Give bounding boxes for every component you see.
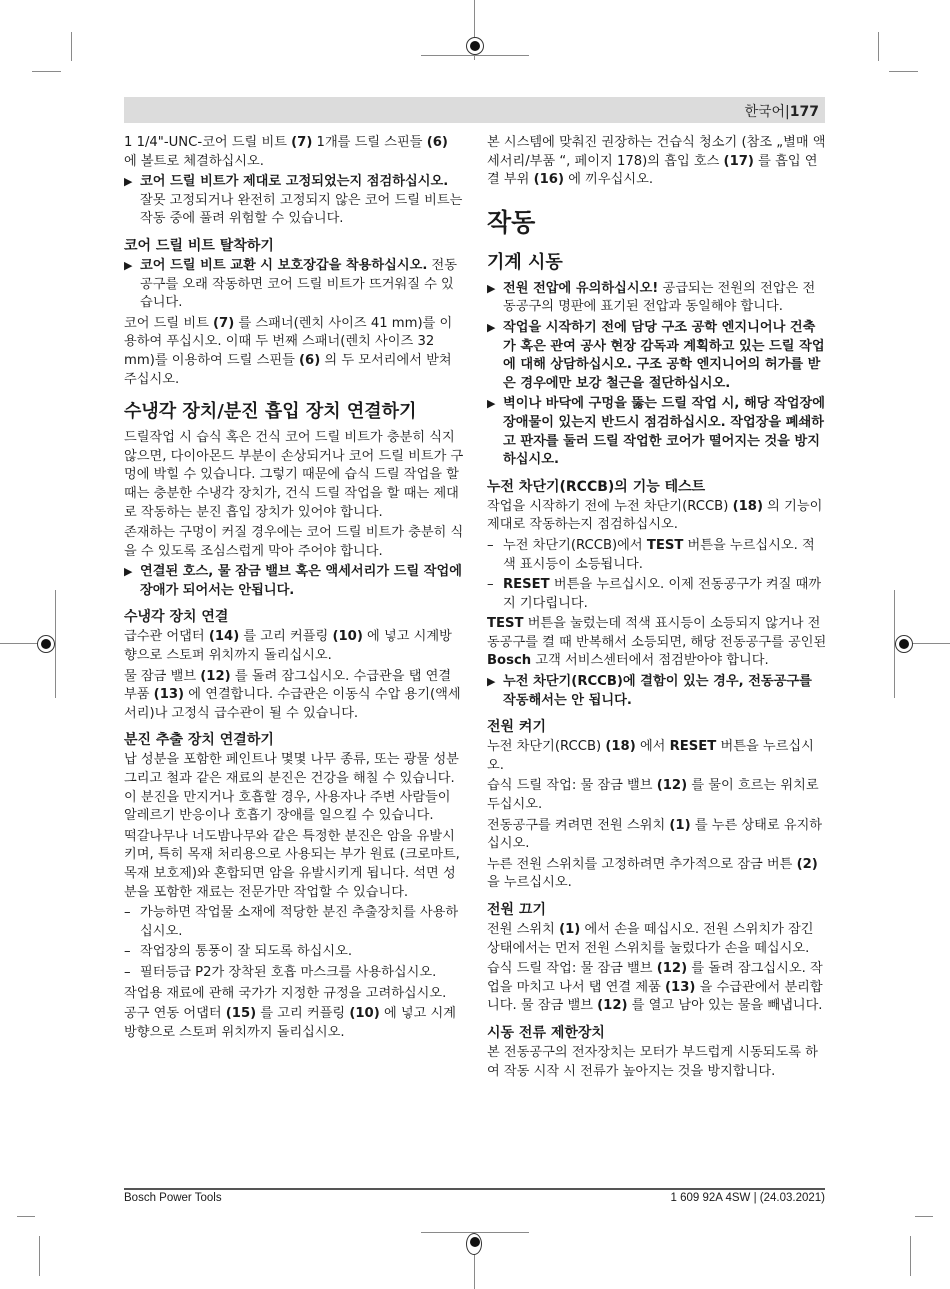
- crop-mark: [17, 1216, 35, 1217]
- list-item: –작업장의 통풍이 잘 되도록 하십시오.: [124, 943, 464, 962]
- section-heading: 수냉각 장치/분진 흡입 장치 연결하기: [124, 401, 464, 423]
- warning-item: ▶ 코어 드릴 비트가 제대로 고정되었는지 점검하십시오. 잘못 고정되거나 …: [124, 173, 464, 229]
- registration-line: [421, 55, 529, 56]
- section-heading: 누전 차단기(RCCB)의 기능 테스트: [487, 478, 827, 496]
- page-number: 177: [790, 104, 819, 120]
- crop-mark: [39, 1236, 40, 1276]
- dash-bullet-icon: –: [487, 576, 494, 595]
- paragraph: 누전 차단기(RCCB) (18) 에서 RESET 버튼을 누르십시오.: [487, 738, 827, 775]
- warning-item: ▶ 코어 드릴 비트 교환 시 보호장갑을 착용하십시오. 전동공구를 오래 작…: [124, 257, 464, 313]
- section-heading: 분진 추출 장치 연결하기: [124, 731, 464, 749]
- section-heading: 수냉각 장치 연결: [124, 608, 464, 626]
- dash-bullet-icon: –: [124, 964, 131, 983]
- registration-target-icon: [37, 635, 55, 653]
- header-language: 한국어: [744, 104, 785, 120]
- warning-bullet-icon: ▶: [487, 395, 495, 414]
- crop-mark: [915, 1216, 933, 1217]
- warning-item: ▶ 누전 차단기(RCCB)에 결함이 있는 경우, 전동공구를 작동해서는 안…: [487, 673, 827, 710]
- warning-bullet-icon: ▶: [124, 257, 132, 276]
- section-heading: 기계 시동: [487, 252, 827, 274]
- footer-publisher: Bosch Power Tools: [124, 1192, 222, 1204]
- registration-target-icon: [466, 37, 484, 55]
- paragraph: 본 시스템에 맞춰진 권장하는 건습식 청소기 (참조 „별매 액세서리/부품 …: [487, 134, 827, 190]
- paragraph: 물 잠금 밸브 (12) 를 돌려 잠그십시오. 수급관을 탭 연결 부품 (1…: [124, 668, 464, 724]
- dash-bullet-icon: –: [487, 537, 494, 556]
- paragraph: 납 성분을 포함한 페인트나 몇몇 나무 종류, 또는 광물 성분 그리고 철과…: [124, 751, 464, 825]
- left-column: 1 1/4"-UNC-코어 드릴 비트 (7) 1개를 드릴 스핀들 (6) 에…: [124, 134, 464, 1044]
- section-heading: 코어 드릴 비트 탈착하기: [124, 237, 464, 255]
- paragraph: 전원 스위치 (1) 에서 손을 떼십시오. 전원 스위치가 잠긴 상태에서는 …: [487, 921, 827, 958]
- crop-mark: [910, 1236, 911, 1276]
- section-heading: 시동 전류 제한장치: [487, 1024, 827, 1042]
- warning-bullet-icon: ▶: [124, 173, 132, 192]
- paragraph: 1 1/4"-UNC-코어 드릴 비트 (7) 1개를 드릴 스핀들 (6) 에…: [124, 134, 464, 171]
- paragraph: 습식 드릴 작업: 물 잠금 밸브 (12) 를 돌려 잠그십시오. 작업을 마…: [487, 960, 827, 1016]
- paragraph: 본 전동공구의 전자장치는 모터가 부드럽게 시동되도록 하여 작동 시작 시 …: [487, 1044, 827, 1081]
- registration-line: [55, 590, 56, 698]
- paragraph: 작업용 재료에 관해 국가가 지정한 규정을 고려하십시오.: [124, 985, 464, 1004]
- paragraph: 떡갈나무나 너도밤나무와 같은 특정한 분진은 암을 유발시키며, 특히 목재 …: [124, 828, 464, 902]
- warning-item: ▶ 벽이나 바닥에 구멍을 뚫는 드릴 작업 시, 해당 작업장에 장애물이 있…: [487, 395, 827, 469]
- crop-mark: [71, 32, 72, 61]
- paragraph: 공구 연동 어댑터 (15) 를 고리 커플링 (10) 에 넣고 시계방향으로…: [124, 1005, 464, 1042]
- list-item: –누전 차단기(RCCB)에서 TEST 버튼을 누르십시오. 적색 표시등이 …: [487, 537, 827, 574]
- list-item: –가능하면 작업물 소재에 적당한 분진 추출장치를 사용하십시오.: [124, 904, 464, 941]
- warning-item: ▶ 연결된 호스, 물 잠금 밸브 혹은 액세서리가 드릴 작업에 장애가 되어…: [124, 563, 464, 600]
- right-column: 본 시스템에 맞춰진 권장하는 건습식 청소기 (참조 „별매 액세서리/부품 …: [487, 134, 827, 1083]
- header-label: 한국어|177: [744, 101, 819, 121]
- paragraph: 전동공구를 켜려면 전원 스위치 (1) 를 누른 상태로 유지하십시오.: [487, 817, 827, 854]
- paragraph: TEST 버튼을 눌렀는데 적색 표시등이 소등되지 않거나 전동공구를 켤 때…: [487, 615, 827, 671]
- paragraph: 습식 드릴 작업: 물 잠금 밸브 (12) 를 물이 흐르는 위치로 두십시오…: [487, 777, 827, 814]
- paragraph: 누른 전원 스위치를 고정하려면 추가적으로 잠금 버튼 (2) 을 누르십시오…: [487, 856, 827, 893]
- warning-bullet-icon: ▶: [487, 673, 495, 692]
- list-item: –필터등급 P2가 장착된 호흡 마스크를 사용하십시오.: [124, 964, 464, 983]
- crop-mark: [878, 32, 879, 61]
- warning-item: ▶ 전원 전압에 유의하십시오! 공급되는 전원의 전압은 전동공구의 명판에 …: [487, 280, 827, 317]
- footer-divider: [124, 1188, 825, 1190]
- paragraph: 드릴작업 시 습식 혹은 건식 코어 드릴 비트가 충분히 식지 않으면, 다이…: [124, 429, 464, 522]
- registration-target-icon: [895, 635, 913, 653]
- paragraph: 급수관 어댑터 (14) 를 고리 커플링 (10) 에 넣고 시계방향으로 스…: [124, 628, 464, 665]
- registration-target-icon: [466, 1233, 482, 1255]
- paragraph: 작업을 시작하기 전에 누전 차단기(RCCB) (18) 의 기능이 제대로 …: [487, 498, 827, 535]
- crop-mark: [32, 71, 61, 72]
- list-item: –RESET 버튼을 누르십시오. 이제 전동공구가 켜질 때까지 기다립니다.: [487, 576, 827, 613]
- warning-bullet-icon: ▶: [487, 319, 495, 338]
- paragraph: 존재하는 구멍이 커질 경우에는 코어 드릴 비트가 충분히 식을 수 있도록 …: [124, 524, 464, 561]
- chapter-heading: 작동: [487, 208, 827, 238]
- warning-bullet-icon: ▶: [487, 280, 495, 299]
- dash-bullet-icon: –: [124, 943, 131, 962]
- paragraph: 코어 드릴 비트 (7) 를 스패너(렌치 사이즈 41 mm)를 이용하여 푸…: [124, 315, 464, 389]
- warning-item: ▶ 작업을 시작하기 전에 담당 구조 공학 엔지니어나 건축가 혹은 관여 공…: [487, 319, 827, 393]
- dash-bullet-icon: –: [124, 904, 131, 923]
- crop-mark: [889, 71, 918, 72]
- section-heading: 전원 끄기: [487, 901, 827, 919]
- section-heading: 전원 켜기: [487, 718, 827, 736]
- warning-bullet-icon: ▶: [124, 563, 132, 582]
- footer-doc-code: 1 609 92A 4SW | (24.03.2021): [670, 1192, 825, 1204]
- page-header: 한국어|177: [124, 97, 825, 123]
